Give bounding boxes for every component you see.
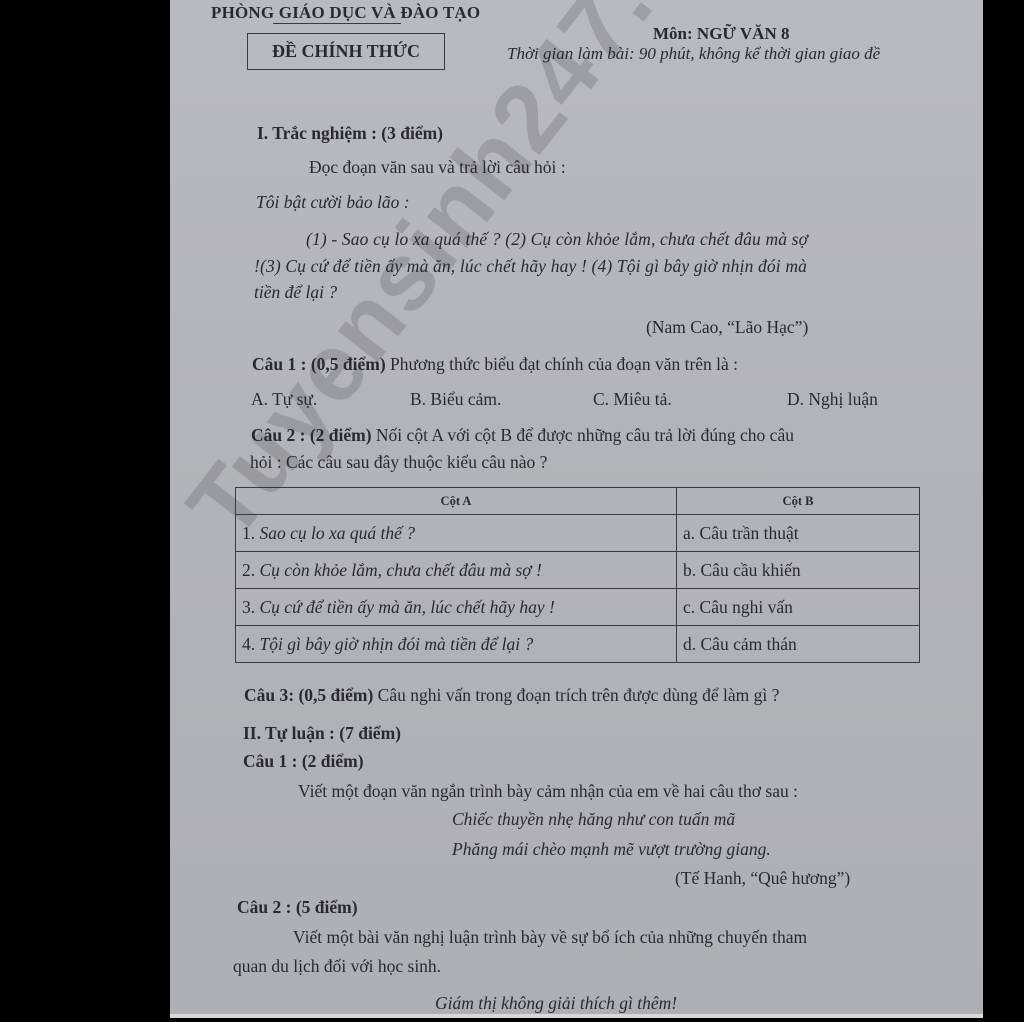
poem-source: (Tế Hanh, “Quê hương”) [675, 868, 850, 889]
column-a-text: Cụ còn khỏe lắm, chưa chết đâu mà sợ ! [260, 560, 542, 580]
option-a: A. Tự sự. [251, 389, 317, 410]
question-1-text: Phương thức biểu đạt chính của đoạn văn … [390, 354, 738, 374]
column-b-header: Cột B [677, 488, 920, 515]
essay-question-2-text: Viết một bài văn nghị luận trình bày về … [293, 927, 807, 948]
matching-table-header: Cột A Cột B [236, 488, 920, 515]
question-2-label: Câu 2 : (2 điểm) [251, 425, 372, 445]
table-row: 2. Cụ còn khỏe lắm, chưa chết đâu mà sợ … [236, 552, 920, 589]
essay-question-2-label: Câu 2 : (5 điểm) [237, 897, 358, 918]
page-edge [170, 1014, 983, 1018]
exam-paper: Tuyensinh247.com PHÒNG GIÁO DỤC VÀ ĐÀO T… [170, 0, 983, 1018]
column-a-cell: 4. Tội gì bây giờ nhịn đói mà tiền để lạ… [236, 626, 677, 663]
department-underline [273, 23, 401, 24]
column-a-text: Sao cụ lo xa quá thế ? [260, 523, 416, 543]
question-2: Câu 2 : (2 điểm) Nối cột A với cột B để … [251, 425, 794, 446]
column-a-text: Cụ cứ để tiền ấy mà ăn, lúc chết hãy hay… [260, 597, 555, 617]
passage-line-3: tiền để lại ? [254, 282, 337, 303]
column-a-cell: 1. Sao cụ lo xa quá thế ? [236, 515, 677, 552]
table-row: 1. Sao cụ lo xa quá thế ? a. Câu trần th… [236, 515, 920, 552]
passage-line-2: !(3) Cụ cứ để tiền ấy mà ăn, lúc chết hã… [254, 256, 807, 277]
poem-line-1: Chiếc thuyền nhẹ hăng như con tuấn mã [452, 809, 735, 830]
column-a-text: Tội gì bây giờ nhịn đói mà tiền để lại ? [260, 634, 534, 654]
row-number: 4. [242, 634, 255, 654]
official-exam-label: ĐỀ CHÍNH THỨC [272, 41, 420, 62]
option-c: C. Miêu tả. [593, 389, 672, 410]
essay-question-2-text-line2: quan du lịch đối với học sinh. [233, 956, 441, 977]
question-3: Câu 3: (0,5 điểm) Câu nghi vấn trong đoạ… [244, 685, 779, 706]
question-3-text: Câu nghi vấn trong đoạn trích trên được … [378, 685, 780, 705]
question-2-text-line2: hỏi : Các câu sau đây thuộc kiểu câu nào… [250, 452, 547, 473]
passage-line-1: (1) - Sao cụ lo xa quá thế ? (2) Cụ còn … [306, 229, 808, 250]
question-3-label: Câu 3: (0,5 điểm) [244, 685, 373, 705]
poem-line-2: Phăng mái chèo mạnh mẽ vượt trường giang… [452, 839, 771, 860]
row-number: 3. [242, 597, 255, 617]
official-exam-badge: ĐỀ CHÍNH THỨC [247, 33, 445, 70]
passage-intro: Tôi bật cười bảo lão : [256, 192, 410, 213]
column-b-cell: c. Câu nghi vấn [677, 589, 920, 626]
essay-question-1-label: Câu 1 : (2 điểm) [243, 751, 364, 772]
column-a-header: Cột A [236, 488, 677, 515]
subject-title: Môn: NGỮ VĂN 8 [653, 24, 789, 44]
question-2-text: Nối cột A với cột B để được những câu tr… [376, 425, 794, 445]
column-b-cell: a. Câu trần thuật [677, 515, 920, 552]
column-a-cell: 2. Cụ còn khỏe lắm, chưa chết đâu mà sợ … [236, 552, 677, 589]
table-row: 4. Tội gì bây giờ nhịn đói mà tiền để lạ… [236, 626, 920, 663]
proctor-note: Giám thị không giải thích gì thêm! [435, 993, 677, 1014]
department-title: PHÒNG GIÁO DỤC VÀ ĐÀO TẠO [211, 3, 480, 23]
question-1-label: Câu 1 : (0,5 điểm) [252, 354, 386, 374]
part1-title: I. Trắc nghiệm : (3 điểm) [257, 123, 443, 144]
table-row: 3. Cụ cứ để tiền ấy mà ăn, lúc chết hãy … [236, 589, 920, 626]
essay-question-1-text: Viết một đoạn văn ngắn trình bày cảm nhậ… [298, 781, 798, 802]
part2-title: II. Tự luận : (7 điểm) [243, 723, 401, 744]
row-number: 1. [242, 523, 255, 543]
question-1: Câu 1 : (0,5 điểm) Phương thức biểu đạt … [252, 354, 738, 375]
watermark: Tuyensinh247.com [170, 0, 807, 559]
row-number: 2. [242, 560, 255, 580]
column-b-cell: d. Câu cảm thán [677, 626, 920, 663]
passage-source: (Nam Cao, “Lão Hạc”) [646, 317, 808, 338]
option-b: B. Biểu cảm. [410, 389, 501, 410]
part1-instruction: Đọc đoạn văn sau và trả lời câu hỏi : [309, 157, 566, 178]
column-a-cell: 3. Cụ cứ để tiền ấy mà ăn, lúc chết hãy … [236, 589, 677, 626]
option-d: D. Nghị luận [787, 389, 878, 410]
exam-duration: Thời gian làm bài: 90 phút, không kể thờ… [507, 44, 880, 64]
column-b-cell: b. Câu cầu khiến [677, 552, 920, 589]
matching-table: Cột A Cột B 1. Sao cụ lo xa quá thế ? a.… [235, 487, 920, 663]
